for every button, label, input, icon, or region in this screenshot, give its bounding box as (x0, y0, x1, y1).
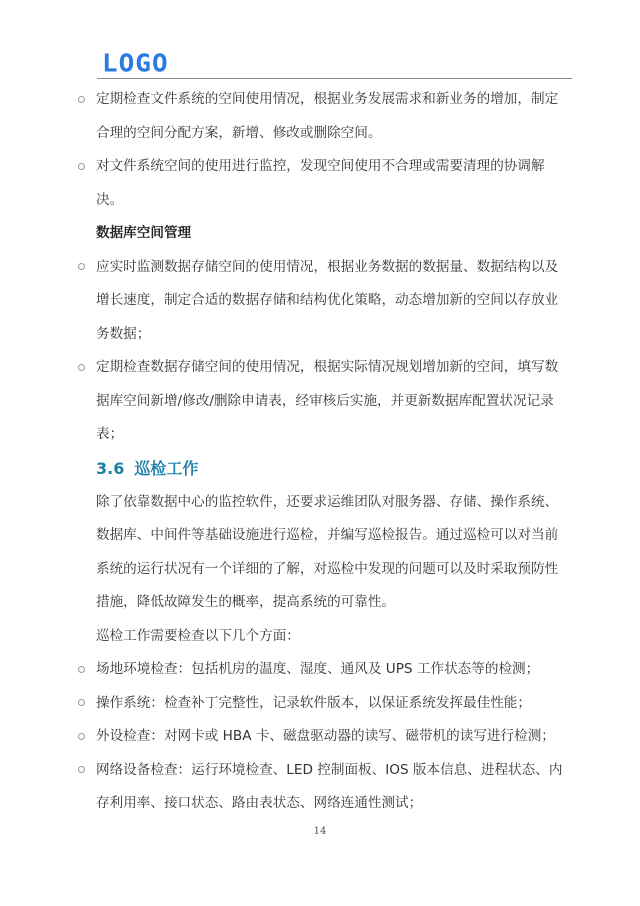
hollow-circle-bullet-icon (78, 653, 85, 687)
list-item: 场地环境检查：包括机房的温度、湿度、通风及 UPS 工作状态等的检测； (96, 653, 566, 687)
list-item: 外设检查：对网卡或 HBA 卡、磁盘驱动器的读写、磁带机的读写进行检测； (96, 720, 566, 754)
hollow-circle-bullet-icon (78, 83, 85, 117)
list-item: 网络设备检查：运行环境检查、LED 控制面板、IOS 版本信息、进程状态、内存利… (96, 754, 566, 821)
document-body: 定期检查文件系统的空间使用情况，根据业务发展需求和新业务的增加，制定合理的空间分… (96, 83, 566, 821)
inspection-intro: 巡检工作需要检查以下几个方面： (96, 620, 566, 654)
hollow-circle-bullet-icon (78, 687, 85, 721)
section-title: 巡检工作 (134, 459, 198, 478)
list-item-text: 定期检查文件系统的空间使用情况，根据业务发展需求和新业务的增加，制定合理的空间分… (96, 91, 558, 141)
hollow-circle-bullet-icon (78, 150, 85, 184)
list-item-text: 外设检查：对网卡或 HBA 卡、磁盘驱动器的读写、磁带机的读写进行检测； (96, 728, 555, 744)
list-item-text: 场地环境检查：包括机房的温度、湿度、通风及 UPS 工作状态等的检测； (96, 661, 539, 677)
logo: LOGO (102, 51, 169, 78)
list-item-text: 网络设备检查：运行环境检查、LED 控制面板、IOS 版本信息、进程状态、内存利… (96, 762, 562, 812)
page-number: 14 (0, 826, 640, 837)
hollow-circle-bullet-icon (78, 351, 85, 385)
list-item-text: 操作系统：检查补丁完整性，记录软件版本，以保证系统发挥最佳性能； (96, 695, 531, 711)
hollow-circle-bullet-icon (78, 754, 85, 788)
hollow-circle-bullet-icon (78, 251, 85, 285)
section-heading: 3.6巡检工作 (96, 452, 566, 486)
list-item: 应实时监测数据存储空间的使用情况，根据业务数据的数据量、数据结构以及增长速度，制… (96, 251, 566, 352)
section-paragraph: 除了依靠数据中心的监控软件，还要求运维团队对服务器、存储、操作系统、数据库、中间… (96, 486, 566, 620)
section-number: 3.6 (96, 459, 124, 478)
list-item-text: 对文件系统空间的使用进行监控，发现空间使用不合理或需要清理的协调解决。 (96, 158, 545, 208)
list-item: 操作系统：检查补丁完整性，记录软件版本，以保证系统发挥最佳性能； (96, 687, 566, 721)
subheading-database-space: 数据库空间管理 (96, 217, 566, 251)
header-divider (97, 78, 572, 79)
list-item: 定期检查数据存储空间的使用情况，根据实际情况规划增加新的空间，填写数据库空间新增… (96, 351, 566, 452)
list-item-text: 定期检查数据存储空间的使用情况，根据实际情况规划增加新的空间，填写数据库空间新增… (96, 359, 558, 442)
list-item: 对文件系统空间的使用进行监控，发现空间使用不合理或需要清理的协调解决。 (96, 150, 566, 217)
list-item-text: 应实时监测数据存储空间的使用情况，根据业务数据的数据量、数据结构以及增长速度，制… (96, 259, 558, 342)
list-item: 定期检查文件系统的空间使用情况，根据业务发展需求和新业务的增加，制定合理的空间分… (96, 83, 566, 150)
hollow-circle-bullet-icon (78, 720, 85, 754)
